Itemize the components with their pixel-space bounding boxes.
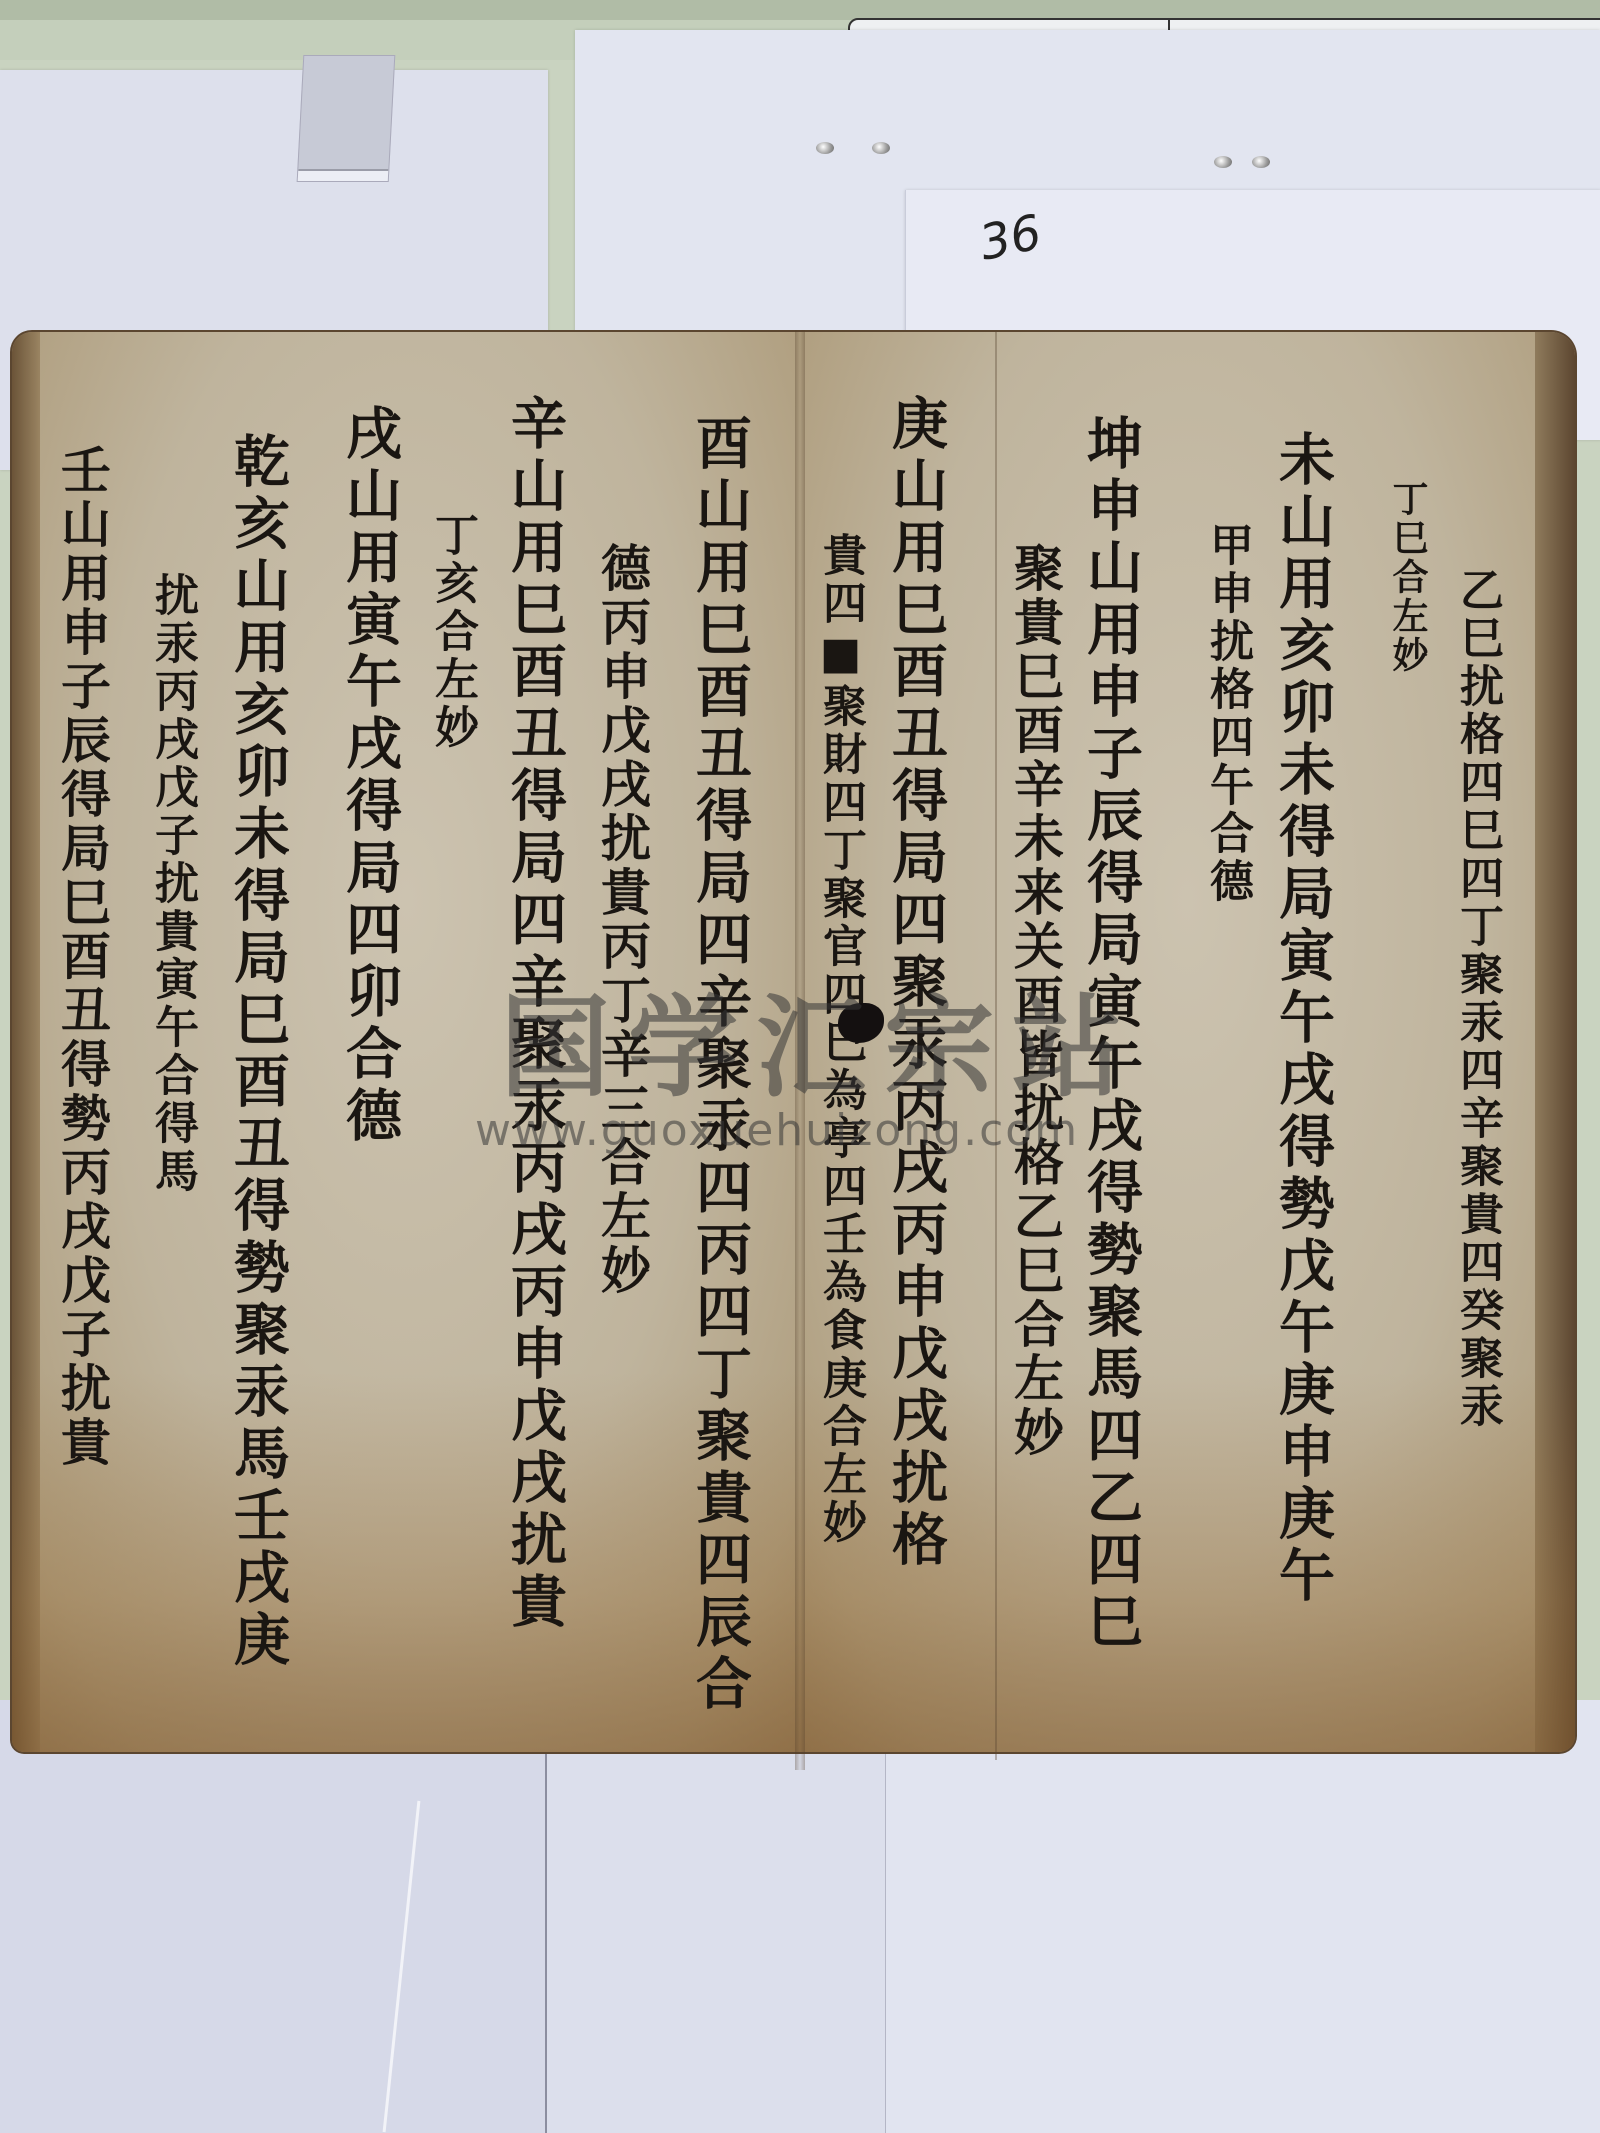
text-column: 壬山用申子辰得局巳酉丑得勢丙戌戊子扰貴	[57, 444, 107, 1470]
rivet-icon	[1252, 156, 1270, 168]
text-column: 甲申扰格四午合德	[1205, 522, 1249, 906]
text-column: 乙巳扰格四巳四丁聚汞四辛聚貴四癸聚汞	[1455, 567, 1499, 1431]
rivet-icon	[1214, 156, 1232, 168]
text-column: 未山用亥卯未得局寅午戌得勢戊午庚申庚午	[1275, 430, 1331, 1608]
tape-strip	[297, 55, 396, 182]
text-column: 扰汞丙戌戊子扰貴寅午合得馬	[150, 572, 194, 1196]
watermark-url: www.guoxuehuizong.com	[475, 1105, 1079, 1156]
rivet-icon	[816, 142, 834, 154]
text-column: 戌山用寅午戌得局四卯合德	[342, 404, 398, 1148]
text-column: 丁亥合左妙	[430, 512, 474, 752]
watermark-title: 国学汇宗站	[500, 960, 1140, 1118]
water-stain	[12, 1372, 802, 1752]
text-column: 乾亥山用亥卯未得局巳酉丑得勢聚汞馬壬戌庚	[230, 432, 286, 1672]
text-column: 丁巳合左妙	[1390, 480, 1426, 675]
text-column: 德丙申戊戌扰貴丙丁辛三合左妙	[597, 542, 647, 1298]
wall-trim	[0, 0, 1600, 20]
rivet-icon	[872, 142, 890, 154]
